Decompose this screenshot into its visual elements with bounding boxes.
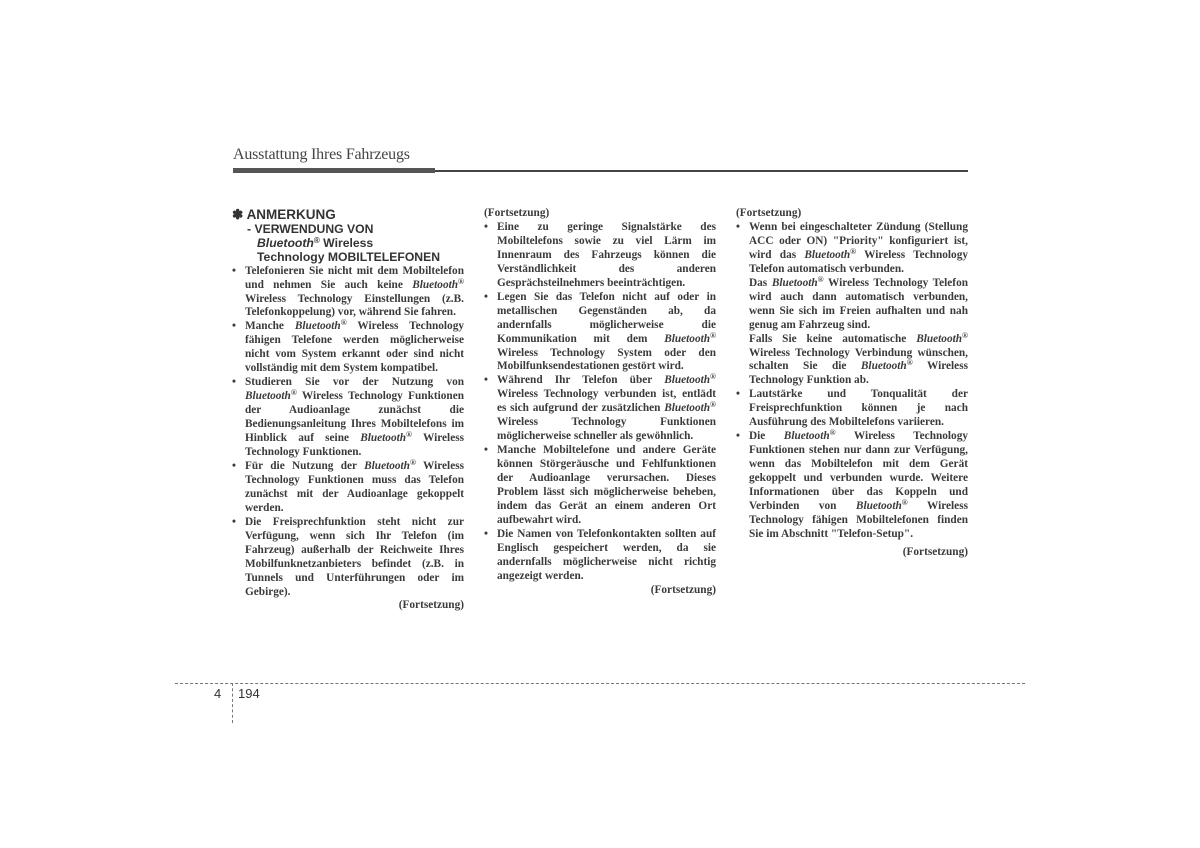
list-item: Manche Mobiltelefone und andere Geräte k… <box>484 444 716 528</box>
bullet-list: Telefonieren Sie nicht mit dem Mobiltele… <box>232 265 464 600</box>
section-title: Ausstattung Ihres Fahrzeugs <box>233 146 410 164</box>
note-symbol-icon: ✽ <box>232 207 243 222</box>
column-1: ✽ ANMERKUNG - VERWENDUNG VON Bluetooth® … <box>232 207 464 613</box>
text: Die Namen von Telefonkontakten sollten a… <box>497 528 716 582</box>
footer-dashed-divider <box>232 683 233 723</box>
text: Wireless Technology Funktionen möglicher… <box>497 416 716 442</box>
bullet-list: Lautstärke und Tonqualität der Freisprec… <box>736 388 968 541</box>
brand-text: Bluetooth <box>916 333 962 345</box>
footer-dashed-rule <box>175 683 1025 684</box>
list-item: Die Namen von Telefonkontakten sollten a… <box>484 528 716 584</box>
list-item: Die Bluetooth® Wireless Technology Funkt… <box>736 430 968 542</box>
list-item: Studieren Sie vor der Nutzung von Blueto… <box>232 376 464 460</box>
note-subheading: - VERWENDUNG VON Bluetooth® Wireless Tec… <box>232 222 464 265</box>
note-sub-prefix: - VERWENDUNG VON <box>247 222 373 236</box>
brand-text: Bluetooth <box>772 277 818 289</box>
list-item: Lautstärke und Tonqualität der Freisprec… <box>736 388 968 430</box>
text: Wireless Technology Einstellungen (z.B. … <box>245 293 464 319</box>
text: Manche Mobiltelefone und andere Geräte k… <box>497 444 716 526</box>
list-item: Für die Nutzung der Bluetooth® Wireless … <box>232 460 464 516</box>
continued-label: (Fortsetzung) <box>736 546 968 560</box>
bullet-list: Wenn bei eingeschalteter Zündung (Stellu… <box>736 221 968 277</box>
registered-mark: ® <box>710 331 716 340</box>
list-item: Manche Bluetooth® Wireless Technology fä… <box>232 320 464 376</box>
note-sub-line2: Bluetooth® Wireless <box>247 236 464 250</box>
text: Studieren Sie vor der Nutzung von <box>245 376 464 388</box>
paragraph: Falls Sie keine automatische Bluetooth® … <box>736 333 968 389</box>
brand-text: Bluetooth <box>664 333 710 345</box>
bullet-list: Eine zu geringe Signalstärke des Mobilte… <box>484 221 716 584</box>
continued-label: (Fortsetzung) <box>484 584 716 598</box>
continued-label: (Fortsetzung) <box>484 207 716 221</box>
column-3: (Fortsetzung) Wenn bei eingeschalteter Z… <box>736 207 968 560</box>
brand-text: Bluetooth <box>664 374 710 386</box>
note-sub-line3: Technology MOBILTELEFONEN <box>247 250 464 264</box>
brand-text: Bluetooth <box>360 432 406 444</box>
continued-label: (Fortsetzung) <box>736 207 968 221</box>
registered-mark: ® <box>710 372 716 381</box>
text: Eine zu geringe Signalstärke des Mobilte… <box>497 221 716 289</box>
registered-mark: ® <box>710 400 716 409</box>
list-item: Legen Sie das Telefon nicht auf oder in … <box>484 291 716 375</box>
brand-text: Bluetooth <box>856 500 902 512</box>
text: Für die Nutzung der <box>245 460 364 472</box>
brand-text: Bluetooth <box>804 249 850 261</box>
note-heading: ✽ ANMERKUNG <box>232 207 464 222</box>
text: Die Freisprechfunktion steht nicht zur V… <box>245 516 464 598</box>
brand-text: Bluetooth <box>364 460 410 472</box>
list-item: Während Ihr Telefon über Bluetooth® Wire… <box>484 374 716 444</box>
brand-text: Bluetooth <box>784 430 830 442</box>
brand-text: Bluetooth <box>861 360 907 372</box>
text: Wireless Technology System oder den Mobi… <box>497 347 716 373</box>
text: Die <box>749 430 784 442</box>
text: Falls Sie keine automatische <box>749 333 916 345</box>
brand-text: Bluetooth <box>664 402 710 414</box>
brand-text: Bluetooth <box>295 320 341 332</box>
list-item: Eine zu geringe Signalstärke des Mobilte… <box>484 221 716 291</box>
chapter-number: 4 <box>214 686 221 701</box>
list-item: Die Freisprechfunktion steht nicht zur V… <box>232 516 464 600</box>
column-2: (Fortsetzung) Eine zu geringe Signalstär… <box>484 207 716 598</box>
brand-text: Bluetooth <box>412 279 458 291</box>
list-item: Wenn bei eingeschalteter Zündung (Stellu… <box>736 221 968 277</box>
note-sub-rest: Wireless <box>320 236 373 250</box>
registered-mark: ® <box>458 277 464 286</box>
note-heading-text: ANMERKUNG <box>247 207 336 222</box>
text: Das <box>749 277 772 289</box>
brand-text: Bluetooth <box>257 236 314 250</box>
text: Lautstärke und Tonqualität der Freisprec… <box>749 388 968 428</box>
header-accent-bar <box>233 168 435 173</box>
continued-label: (Fortsetzung) <box>232 599 464 613</box>
text: Während Ihr Telefon über <box>497 374 664 386</box>
text: Manche <box>245 320 295 332</box>
registered-mark: ® <box>962 331 968 340</box>
page-number: 194 <box>238 686 260 701</box>
paragraph: Das Bluetooth® Wireless Technology Telef… <box>736 277 968 333</box>
list-item: Telefonieren Sie nicht mit dem Mobiltele… <box>232 265 464 321</box>
brand-text: Bluetooth <box>245 390 291 402</box>
